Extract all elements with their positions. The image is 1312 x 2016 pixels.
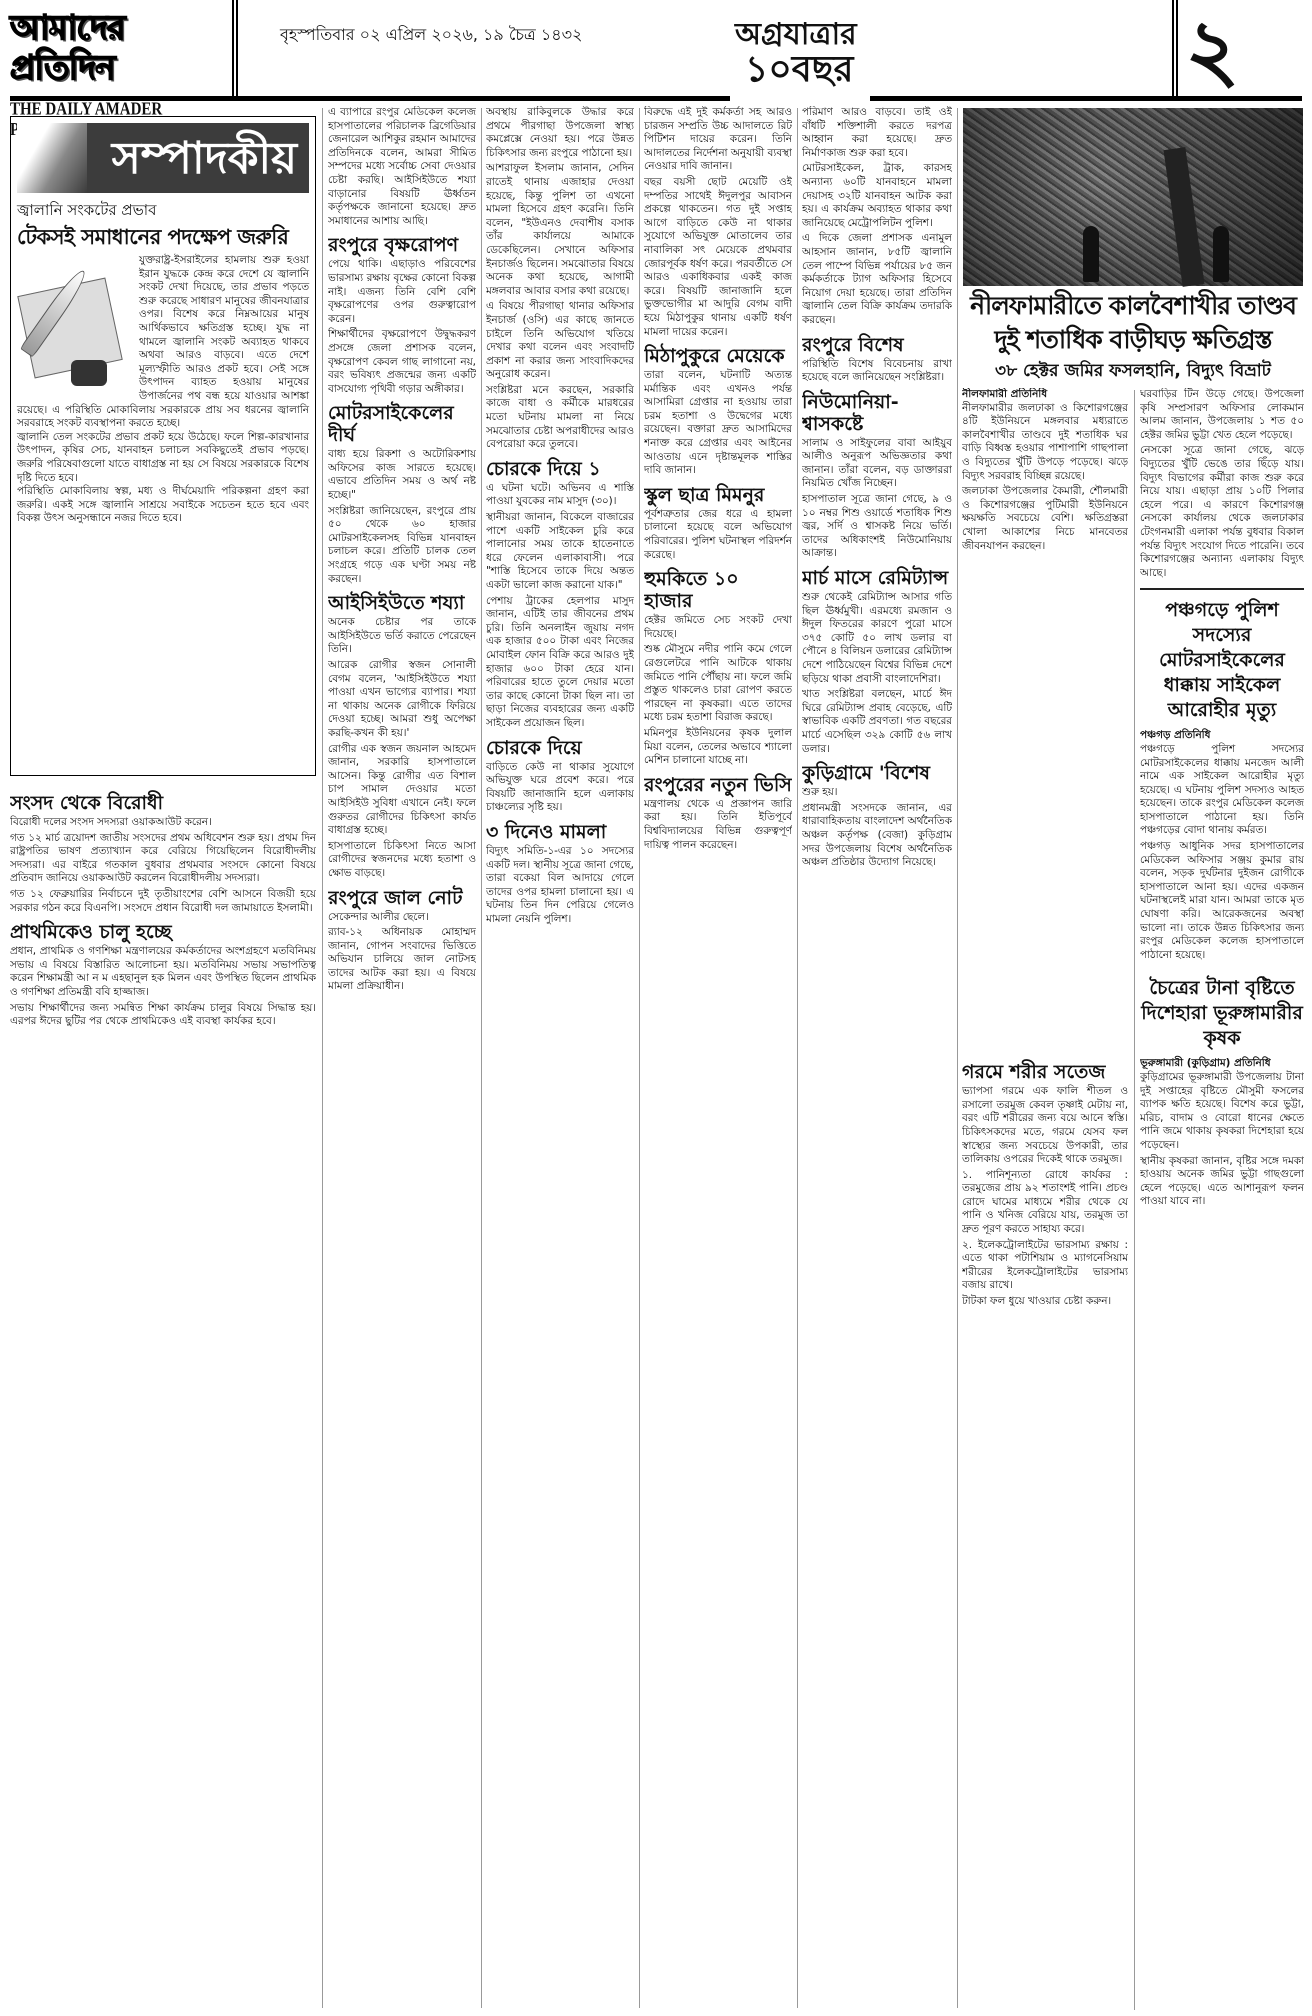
paragraph: স্থানীয় কৃষকরা জানান, বৃষ্টির সঙ্গে দমক… bbox=[1140, 1155, 1304, 1209]
subhead: নিউমোনিয়া-শ্বাসকষ্টে bbox=[802, 391, 952, 435]
story-divider bbox=[1140, 588, 1304, 590]
paragraph: পেয়ে থাকি। এছাড়াও পরিবেশের ভারসাম্য রক… bbox=[328, 258, 476, 326]
subhead: স্কুল ছাত্র মিমনুর bbox=[644, 484, 792, 506]
column-3: অবস্থায় রাকিবুলকে উদ্ধার করে প্রথমে পীর… bbox=[486, 106, 634, 2010]
story-headline: চৈত্রের টানা বৃষ্টিতে দিশেহারা ভূরুঙ্গাম… bbox=[1140, 976, 1304, 1051]
paragraph: এ দিকে জেলা প্রশাসক এনামুল আহসান জানান, … bbox=[802, 232, 952, 327]
paragraph: সালাম ও সাইফুলের বাবা আইয়ুব আলীও অনুরূপ… bbox=[802, 437, 952, 491]
paragraph: গত ১২ মার্চ ত্রয়োদশ জাতীয় সংসদের প্রথম… bbox=[10, 832, 316, 886]
masthead-divider bbox=[236, 0, 238, 96]
paragraph: শুরু হয়। bbox=[802, 786, 952, 800]
subhead: সংসদ থেকে বিরোধী bbox=[10, 792, 316, 814]
paragraph: অনেক চেষ্টার পর তাকে আইসিইউতে ভর্তি করাত… bbox=[328, 616, 476, 657]
paragraph: মমিনপুর ইউনিয়নের কৃষক দুলাল মিয়া বলেন,… bbox=[644, 727, 792, 768]
paragraph: র‍্যাব-১২ অধিনায়ক মোহাম্মদ জানান, গোপন … bbox=[328, 926, 476, 994]
column-filler bbox=[962, 555, 1128, 1055]
byline: নীলফামারী প্রতিনিধি bbox=[962, 388, 1128, 402]
paragraph: মোটরসাইকেল, ট্রাক, কারসহ অন্যান্য ৬০টি য… bbox=[802, 162, 952, 230]
paragraph: সংশ্লিষ্টরা মনে করছেন, সরকারি কাজে বাধা … bbox=[486, 384, 634, 452]
paragraph: কুড়িগ্রামের ভূরুঙ্গামারী উপজেলায় টানা … bbox=[1140, 1071, 1304, 1153]
lead-headline-line1: নীলফামারীতে কালবৈশাখীর তাণ্ডব bbox=[960, 290, 1306, 322]
paragraph: টাটকা ফল ধুয়ে খাওয়ার চেষ্টা করুন। bbox=[962, 1295, 1128, 1309]
paragraph: ২. ইলেকট্রোলাইটের ভারসাম্য রক্ষায় : এতে… bbox=[962, 1239, 1128, 1293]
paragraph: প্রধান, প্রাথমিক ও গণশিক্ষা মন্ত্রণালয়ে… bbox=[10, 945, 316, 999]
paragraph: শুষ্ক মৌসুমে নদীর পানি কমে গেলে রেগুলেটর… bbox=[644, 643, 792, 725]
subhead: মোটরসাইকেলের দীর্ঘ bbox=[328, 402, 476, 446]
paragraph: বাড়িতে কেউ না থাকার সুযোগে অভিযুক্ত ঘরে… bbox=[486, 761, 634, 815]
issue-date: বৃহস্পতিবার ০২ এপ্রিল ২০২৬, ১৯ চৈত্র ১৪৩… bbox=[280, 22, 582, 49]
story-headline: পঞ্চগড়ে পুলিশ সদস্যের মোটরসাইকেলের ধাক্… bbox=[1140, 598, 1304, 723]
subhead: আইসিইউতে শয্যা bbox=[328, 592, 476, 614]
lead-headline-line2: দুই শতাধিক বাড়ীঘড় ক্ষতিগ্রস্ত bbox=[960, 324, 1306, 356]
editorial-banner-title: সম্পাদকীয় bbox=[112, 125, 297, 198]
paragraph: ঘরবাড়ির টিন উড়ে গেছে। উপজেলা কৃষি সম্প… bbox=[1140, 388, 1304, 442]
paragraph: স্থানীয়রা জানান, বিকেলে বাজারের পাশে এক… bbox=[486, 511, 634, 593]
subhead: হুমকিতে ১০ হাজার bbox=[644, 568, 792, 612]
person-figure bbox=[1083, 226, 1099, 282]
masthead-rule bbox=[870, 96, 1302, 101]
byline: পঞ্চগড় প্রতিনিধি bbox=[1140, 729, 1304, 743]
paragraph: গত ১২ ফেব্রুয়ারির নির্বাচনে দুই তৃতীয়া… bbox=[10, 888, 316, 915]
lead-subheadline: ৩৮ হেক্টর জমির ফসলহানি, বিদ্যুৎ বিভ্রাট bbox=[960, 360, 1306, 382]
column-rule bbox=[481, 108, 482, 2008]
subhead: প্রাথমিকেও চালু হচ্ছে bbox=[10, 921, 316, 943]
paragraph: সভায় শিক্ষার্থীদের জন্য সমন্বিত শিক্ষা … bbox=[10, 1002, 316, 1029]
paragraph: মন্ত্রণালয় থেকে এ প্রজ্ঞাপন জারি করা হয… bbox=[644, 798, 792, 852]
paragraph: বিদ্যুৎ সমিতি-১-এর ১০ সদস্যের একটি দল। স… bbox=[486, 845, 634, 927]
subhead: মিঠাপুকুরে মেয়েকে bbox=[644, 345, 792, 367]
paragraph: তারা বলেন, ঘটনাটি অত্যন্ত মর্মান্তিক এবং… bbox=[644, 369, 792, 478]
page-number: ২ bbox=[1185, 6, 1240, 94]
paragraph: এ ঘটনা ঘটে। অভিনব এ শাস্তি পাওয়া যুবকের… bbox=[486, 482, 634, 509]
paragraph: আরেক রোগীর স্বজন সোনালী বেগম বলেন, 'আইসি… bbox=[328, 659, 476, 741]
news-photo bbox=[963, 108, 1303, 286]
editorial-kicker: জ্বালানি সংকটের প্রভাব bbox=[17, 199, 309, 224]
subhead: রংপুরের নতুন ভিসি bbox=[644, 774, 792, 796]
paragraph: রোগীর এক স্বজন জয়নাল আহমেদ জানান, সরকার… bbox=[328, 743, 476, 838]
paragraph: সেকেন্দার আলীর ছেলে। bbox=[328, 911, 476, 925]
subhead: মার্চ মাসে রেমিট্যান্স bbox=[802, 567, 952, 589]
subhead: রংপুরে বৃক্ষরোপণ bbox=[328, 234, 476, 256]
right-column-a: নীলফামারী প্রতিনিধি নীলফামারীর জলঢাকা ও … bbox=[962, 388, 1128, 2010]
subhead: চোরকে দিয়ে bbox=[486, 737, 634, 759]
paragraph: পরিমাণ আরও বাড়বে। তাই ওই বাঁধটি শক্তিশা… bbox=[802, 106, 952, 160]
paragraph: শুরু থেকেই রেমিট্যান্স আসার গতি ছিল ঊর্ধ… bbox=[802, 591, 952, 686]
masthead-rule bbox=[10, 96, 730, 101]
byline: ভূরুঙ্গামারী (কুড়িগ্রাম) প্রতিনিধি bbox=[1140, 1057, 1304, 1071]
paragraph: বাধ্য হয়ে রিকশা ও অটোরিকশায় অফিসের কাজ… bbox=[328, 448, 476, 502]
anniversary-line2: ১০বছর bbox=[745, 52, 857, 86]
paragraph: বিরুদ্ধে এই দুই কর্মকর্তা সহ আরও চারজন স… bbox=[644, 106, 792, 174]
paragraph: ভ্যাপসা গরমে এক ফালি শীতল ও রসালো তরমুজ … bbox=[962, 1085, 1128, 1167]
subhead: রংপুরে বিশেষ bbox=[802, 334, 952, 356]
subhead: কুড়িগ্রামে 'বিশেষ bbox=[802, 762, 952, 784]
logo-bangla: আমাদের প্রতিদিন bbox=[10, 8, 230, 88]
right-column-b: ঘরবাড়ির টিন উড়ে গেছে। উপজেলা কৃষি সম্প… bbox=[1140, 388, 1304, 2010]
subhead: ৩ দিনেও মামলা bbox=[486, 821, 634, 843]
paragraph: পঞ্চগড়ে পুলিশ সদস্যের মোটরসাইকেলের ধাক্… bbox=[1140, 743, 1304, 838]
person-figure bbox=[1213, 226, 1229, 282]
paragraph: হাসপাতাল সূত্রে জানা গেছে, ৯ ও ১০ নম্বর … bbox=[802, 493, 952, 561]
paragraph: প্রধানমন্ত্রী সংসদকে জানান, এর ধারাবাহিক… bbox=[802, 802, 952, 870]
masthead-divider bbox=[232, 0, 234, 96]
subhead: রংপুরে জাল নোট bbox=[328, 887, 476, 909]
column-2: এ ব্যাপারে রংপুর মেডিকেল কলেজ হাসপাতালের… bbox=[328, 106, 476, 2010]
brush-stroke-icon bbox=[17, 123, 87, 193]
masthead-divider bbox=[1172, 0, 1174, 96]
paragraph: পেশায় ট্রাকের হেলপার মাসুদ জানান, এটিই … bbox=[486, 595, 634, 731]
masthead-divider bbox=[1176, 0, 1178, 96]
anniversary-banner: অগ্রযাত্রার ১০বছর bbox=[735, 18, 857, 86]
editorial-paragraph: পরিস্থিতি মোকাবিলায় স্বল্প, মধ্য ও দীর্… bbox=[17, 485, 309, 526]
paragraph: বছর বয়সী ছোট মেয়েটি ওই দম্পতির সাথেই ঈ… bbox=[644, 176, 792, 339]
paragraph: হেক্টর জমিতে সেচ সংকট দেখা দিয়েছে। bbox=[644, 614, 792, 641]
paragraph: এ ব্যাপারে রংপুর মেডিকেল কলেজ হাসপাতালের… bbox=[328, 106, 476, 228]
column-rule bbox=[639, 108, 640, 2008]
masthead: আমাদের প্রতিদিন THE DAILY AMADER PROTIDI… bbox=[0, 0, 1312, 104]
column-rule bbox=[797, 108, 798, 2008]
paragraph: খাত সংশ্লিষ্টরা বলছেন, মার্চে ঈদ ঘিরে রে… bbox=[802, 688, 952, 756]
paragraph: নীলফামারীর জলঢাকা ও কিশোরগঞ্জের ৪টি ইউনি… bbox=[962, 402, 1128, 484]
paragraph: সংশ্লিষ্টরা জানিয়েছেন, রংপুরে প্রায় ৫০… bbox=[328, 505, 476, 587]
paragraph: বিরোধী দলের সংসদ সদস্যরা ওয়াকআউট করেন। bbox=[10, 816, 316, 830]
column-1-lower: সংসদ থেকে বিরোধী বিরোধী দলের সংসদ সদস্যর… bbox=[10, 786, 316, 2010]
column-5: পরিমাণ আরও বাড়বে। তাই ওই বাঁধটি শক্তিশা… bbox=[802, 106, 952, 2010]
editorial-paragraph: জ্বালানি তেল সংকটের প্রভাব প্রকট হয়ে উঠ… bbox=[17, 431, 309, 485]
editorial-body: যুক্তরাষ্ট্র-ইসরাইলের হামলায় শুরু হওয়া… bbox=[17, 254, 309, 526]
paragraph: অবস্থায় রাকিবুলকে উদ্ধার করে প্রথমে পীর… bbox=[486, 106, 634, 160]
quill-and-ink-icon bbox=[17, 256, 133, 396]
column-rule bbox=[957, 108, 958, 2008]
subhead: চোরকে দিয়ে ১ bbox=[486, 458, 634, 480]
paragraph: শিক্ষার্থীদের বৃক্ষরোপণে উদ্বুদ্ধকরণ প্র… bbox=[328, 328, 476, 396]
paragraph: পূর্বশত্রুতার জের ধরে এ হামলা চালানো হয়… bbox=[644, 508, 792, 562]
column-rule bbox=[1134, 390, 1135, 2010]
editorial-banner: সম্পাদকীয় bbox=[17, 123, 309, 193]
editorial-headline: টেকসই সমাধানের পদক্ষেপ জরুরি bbox=[17, 224, 309, 250]
column-rule bbox=[322, 108, 323, 2008]
paragraph: ১. পানিশূন্যতা রোধে কার্যকর : তরমুজের প্… bbox=[962, 1169, 1128, 1237]
anniversary-line1: অগ্রযাত্রার bbox=[735, 17, 857, 52]
column-4: বিরুদ্ধে এই দুই কর্মকর্তা সহ আরও চারজন স… bbox=[644, 106, 792, 2010]
paragraph: জলঢাকা উপজেলার কৈমারী, শৌলমারী ও কিশোরগঞ… bbox=[962, 485, 1128, 553]
paragraph: এ বিষয়ে পীরগাছা থানার অফিসার ইনচার্জ (ও… bbox=[486, 300, 634, 382]
fallen-tree bbox=[1164, 147, 1205, 287]
paragraph: হাসপাতালে চিকিৎসা নিতে আসা রোগীদের স্বজন… bbox=[328, 840, 476, 881]
paragraph: নেসকো সূত্রে জানা গেছে, ঝড়ে বিদ্যুতের খ… bbox=[1140, 444, 1304, 580]
subhead: গরমে শরীর সতেজ bbox=[962, 1061, 1128, 1083]
paragraph: পঞ্চগড় আধুনিক সদর হাসপাতালের মেডিকেল অফ… bbox=[1140, 840, 1304, 962]
editorial-box: সম্পাদকীয় জ্বালানি সংকটের প্রভাব টেকসই … bbox=[10, 116, 316, 776]
paragraph: পরিস্থিতি বিশেষ বিবেচনায় রাখা হয়েছে বল… bbox=[802, 358, 952, 385]
paragraph: আশরাফুল ইসলাম জানান, সেদিন রাতেই থানায় … bbox=[486, 162, 634, 298]
